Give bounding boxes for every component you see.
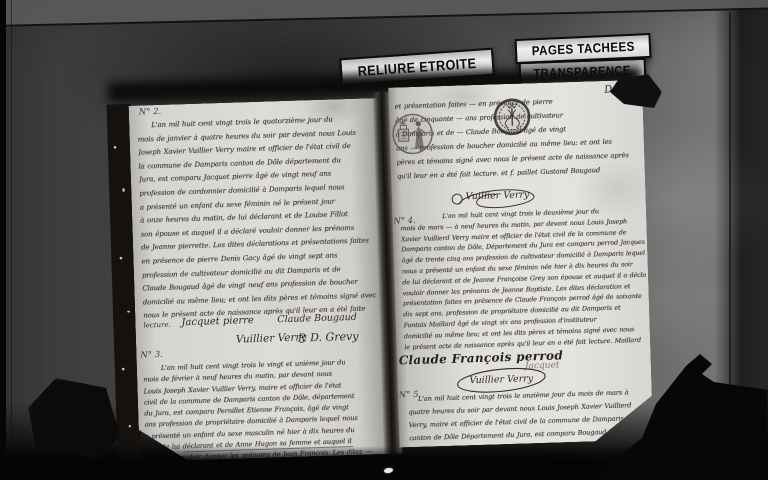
birth-record-2-text: L'an mil huit cent vingt trois le quator… [137, 112, 382, 323]
signature-vuillier-verry: Vuillier Verry [236, 331, 307, 345]
signature-jacquet: Jacquet pierre [181, 315, 254, 328]
register-book: N° 2. L'an mil huit cent vingt trois le … [100, 73, 664, 476]
backdrop-seam-left [11, 0, 12, 480]
closing-word: lecture. [143, 321, 171, 330]
film-edge-left [0, 0, 6, 480]
birth-record-5-text: L'an mil huit cent vingt trois le onzièm… [408, 386, 652, 446]
signature-bougaud: Claude Bougaud [277, 312, 357, 325]
microfilm-photo-frame: RELIURE ETROITE PAGES TACHEES TRANSPAREN… [0, 0, 768, 480]
record-number: N° 3. [140, 350, 163, 361]
condition-label-text: PAGES TACHEES [531, 39, 635, 59]
register-page-right: Deux et présentation faites — en présenc… [388, 80, 653, 448]
register-page-left: N° 2. L'an mil huit cent vingt trois le … [129, 98, 390, 462]
record-number: N° 2. [139, 107, 162, 118]
fiscal-stamp-round-icon [493, 97, 532, 136]
signature-grevy: P. D. Grevy [298, 330, 359, 345]
backdrop-edge-line [0, 0, 768, 27]
revenue-stamp-figure-icon [391, 112, 434, 155]
birth-record-4-text: L'an mil huit cent vingt trois le deuxiè… [400, 205, 648, 353]
signature-vuillier-verry: Vuillier Verry [469, 373, 533, 386]
signature-vuillier-verry: Vuillier Verry [465, 189, 529, 202]
